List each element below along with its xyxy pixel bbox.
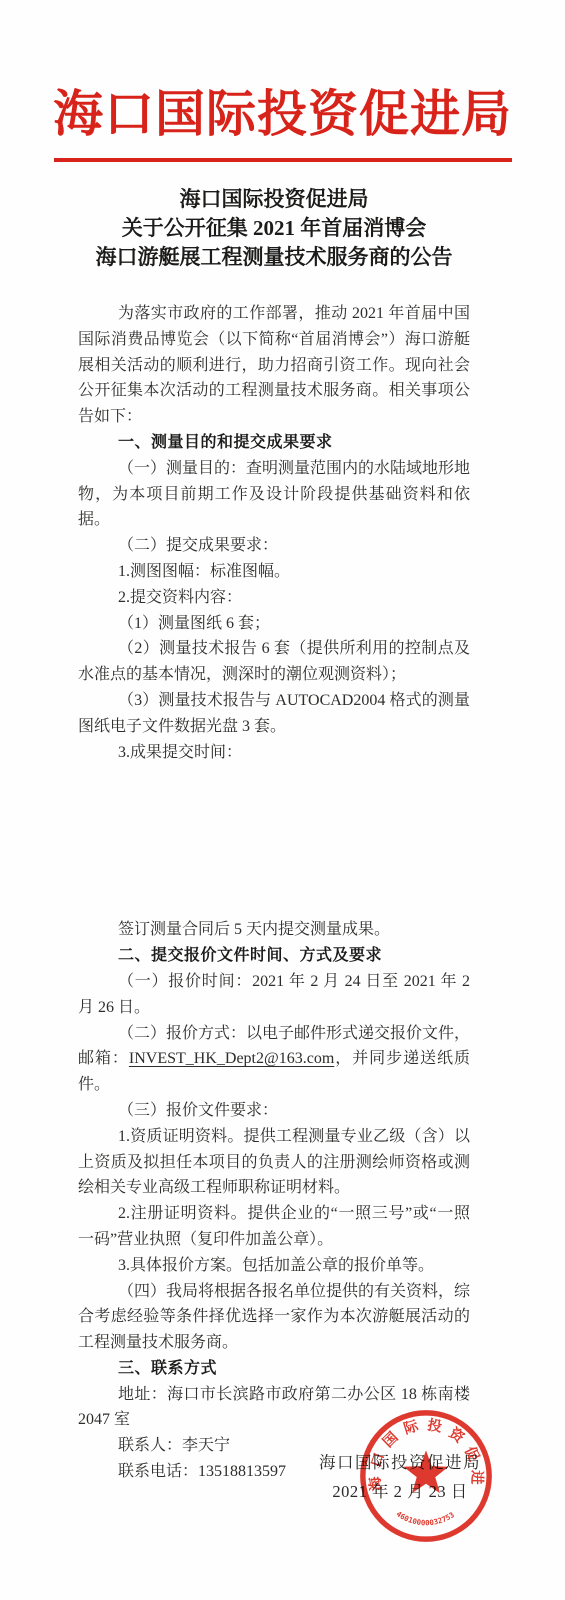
document-title-line1: 海口国际投资促进局 bbox=[78, 185, 470, 214]
para-registration-proof: 2.注册证明资料。提供企业的“一照三号”或“一照一码”营业执照（复印件加盖公章）… bbox=[78, 1201, 470, 1253]
para-quote-method: （二）报价方式：以电子邮件形式递交报价文件，邮箱：INVEST_HK_Dept2… bbox=[78, 1021, 470, 1098]
section2-heading: 二、提交报价文件时间、方式及要求 bbox=[78, 943, 470, 969]
official-seal: 海口国际投资促进局 46010000032753 bbox=[352, 1402, 500, 1550]
document-title: 海口国际投资促进局 关于公开征集 2021 年首届消博会 海口游艇展工程测量技术… bbox=[78, 185, 470, 272]
section3-heading: 三、联系方式 bbox=[78, 1356, 470, 1382]
para-map-sheet: 1.测图图幅：标准图幅。 bbox=[78, 559, 470, 585]
para-submission-deadline: 签订测量合同后 5 天内提交测量成果。 bbox=[78, 917, 470, 943]
email-address: INVEST_HK_Dept2@163.com bbox=[129, 1050, 334, 1067]
document-body: 为落实市政府的工作部署，推动 2021 年首届中国国际消费品博览会（以下简称“首… bbox=[0, 301, 565, 1485]
announcement-page: 海口国际投资促进局 海口国际投资促进局 关于公开征集 2021 年首届消博会 海… bbox=[0, 0, 565, 1600]
para-qualification-proof: 1.资质证明资料。提供工程测量专业乙级（含）以上资质及拟担任本项目的负责人的注册… bbox=[78, 1124, 470, 1201]
para-selection-criteria: （四）我局将根据各报名单位提供的有关资料，综合考虑经验等条件择优选择一家作为本次… bbox=[78, 1279, 470, 1356]
masthead: 海口国际投资促进局 bbox=[0, 0, 565, 162]
section1-heading: 一、测量目的和提交成果要求 bbox=[78, 430, 470, 456]
para-submission-time-label: 3.成果提交时间： bbox=[78, 740, 470, 766]
document-title-line3: 海口游艇展工程测量技术服务商的公告 bbox=[78, 243, 470, 272]
masthead-org-title: 海口国际投资促进局 bbox=[0, 84, 565, 144]
masthead-divider bbox=[54, 158, 512, 162]
para-drawings-sets: （1）测量图纸 6 套； bbox=[78, 611, 470, 637]
para-cd-sets: （3）测量技术报告与 AUTOCAD2004 格式的测量图纸电子文件数据光盘 3… bbox=[78, 688, 470, 740]
blank-gap bbox=[78, 765, 470, 917]
para-quote-doc-requirements: （三）报价文件要求： bbox=[78, 1098, 470, 1124]
para-quote-time: （一）报价时间：2021 年 2 月 24 日至 2021 年 2 月 26 日… bbox=[78, 969, 470, 1021]
para-survey-purpose: （一）测量目的：查明测量范围内的水陆域地形地物，为本项目前期工作及设计阶段提供基… bbox=[78, 456, 470, 533]
para-intro: 为落实市政府的工作部署，推动 2021 年首届中国国际消费品博览会（以下简称“首… bbox=[78, 301, 470, 430]
para-deliverable-requirements: （二）提交成果要求： bbox=[78, 533, 470, 559]
seal-star-icon bbox=[404, 1450, 449, 1493]
para-tech-report-sets: （2）测量技术报告 6 套（提供所利用的控制点及水准点的基本情况，测深时的潮位观… bbox=[78, 636, 470, 688]
document-title-line2: 关于公开征集 2021 年首届消博会 bbox=[78, 214, 470, 243]
para-material-contents: 2.提交资料内容： bbox=[78, 585, 470, 611]
svg-text:46010000032753: 46010000032753 bbox=[395, 1509, 456, 1527]
seal-serial-number: 46010000032753 bbox=[395, 1509, 456, 1527]
para-quote-plan: 3.具体报价方案。包括加盖公章的报价单等。 bbox=[78, 1253, 470, 1279]
